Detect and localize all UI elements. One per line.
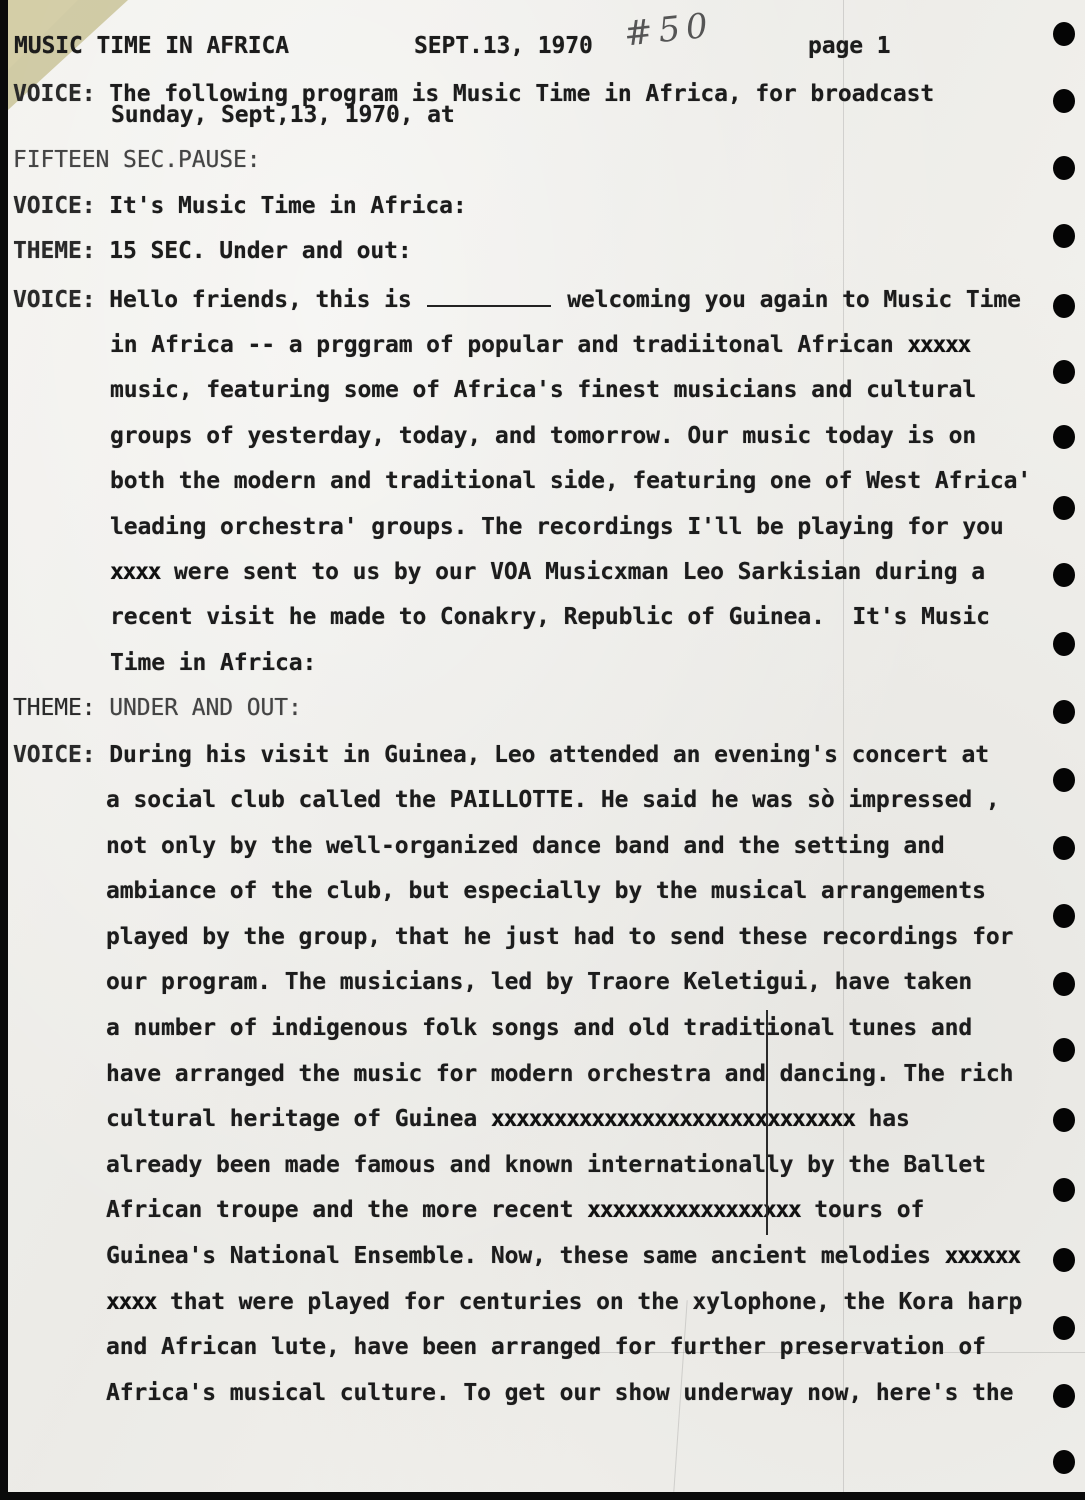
script-line: ambiance of the club, but especially by … — [106, 879, 986, 903]
script-line: a number of indigenous folk songs and ol… — [106, 1016, 972, 1040]
handwritten-note: #50 — [622, 5, 715, 54]
script-line: xxxx were sent to us by our VOA Musicxma… — [110, 560, 985, 584]
script-line: Africa's musical culture. To get our sho… — [106, 1381, 1013, 1405]
struck-out-text: xxxxxxxxxxxxxxxxxxxxxxxxxxxxx — [491, 1106, 855, 1132]
script-line: and African lute, have been arranged for… — [106, 1335, 986, 1359]
punch-hole — [1053, 496, 1075, 520]
cue-label: THEME: — [13, 238, 95, 264]
script-line: VOICE: Hello friends, this is welcoming … — [13, 288, 1021, 312]
script-line: our program. The musicians, led by Traor… — [106, 970, 972, 994]
pencil-mark — [766, 1010, 768, 1235]
punch-hole — [1053, 1038, 1075, 1062]
cue-text: Hello friends, this is — [109, 287, 411, 313]
punch-hole — [1053, 360, 1075, 384]
struck-out-text: xxxxx — [907, 332, 970, 358]
punch-hole — [1053, 1178, 1075, 1202]
script-line: cultural heritage of Guinea xxxxxxxxxxxx… — [106, 1107, 910, 1131]
cue-label: THEME: — [13, 695, 95, 721]
punch-hole — [1053, 294, 1075, 318]
program-date: SEPT.13, 1970 — [414, 34, 593, 58]
punch-hole — [1053, 563, 1075, 587]
document-page: MUSIC TIME IN AFRICA SEPT.13, 1970 #50 p… — [8, 0, 1085, 1492]
script-line: xxxx that were played for centuries on t… — [106, 1290, 1022, 1314]
punch-hole — [1053, 89, 1075, 113]
punch-hole — [1053, 904, 1075, 928]
punch-hole — [1053, 700, 1075, 724]
cue-text: It's Music Time in Africa: — [109, 193, 466, 219]
punch-hole — [1053, 1450, 1075, 1474]
cue-text: During his visit in Guinea, Leo attended… — [109, 742, 989, 768]
script-line: a social club called the PAILLOTTE. He s… — [106, 788, 1000, 812]
punch-hole — [1053, 1108, 1075, 1132]
script-line: recent visit he made to Conakry, Republi… — [110, 605, 990, 629]
script-line: Time in Africa: — [110, 651, 316, 675]
script-line: Sunday, Sept,13, 1970, at — [111, 103, 455, 127]
struck-out-text: xxxxxxxxxxxxxxxxx — [587, 1197, 800, 1223]
page-number: page 1 — [808, 34, 890, 58]
script-line: have arranged the music for modern orche… — [106, 1062, 1013, 1086]
cue-label: VOICE: — [13, 193, 95, 219]
punch-hole — [1053, 156, 1075, 180]
script-line: VOICE: It's Music Time in Africa: — [13, 194, 467, 218]
struck-out-text: xxxx — [110, 559, 160, 585]
script-line: not only by the well-organized dance ban… — [106, 834, 945, 858]
script-line: in Africa -- a prggram of popular and tr… — [110, 333, 970, 357]
script-line: African troupe and the more recent xxxxx… — [106, 1198, 924, 1222]
script-line: THEME: UNDER AND OUT: — [13, 696, 302, 720]
punch-hole — [1053, 22, 1075, 46]
script-line: FIFTEEN SEC.PAUSE: — [13, 148, 260, 172]
script-line: groups of yesterday, today, and tomorrow… — [110, 424, 976, 448]
punch-hole — [1053, 632, 1075, 656]
cue-label: VOICE: — [13, 742, 95, 768]
script-line: already been made famous and known inter… — [106, 1153, 986, 1177]
script-line: played by the group, that he just had to… — [106, 925, 1013, 949]
cue-text: 15 SEC. Under and out: — [109, 238, 411, 264]
punch-hole — [1053, 1316, 1075, 1340]
script-line: leading orchestra' groups. The recording… — [110, 515, 1004, 539]
punch-hole — [1053, 1248, 1075, 1272]
cue-label: VOICE: — [13, 287, 95, 313]
cue-text: welcoming you again to Music Time — [567, 287, 1021, 313]
punch-hole — [1053, 1384, 1075, 1408]
struck-out-text: xxxx — [106, 1289, 156, 1315]
script-line: THEME: 15 SEC. Under and out: — [13, 239, 412, 263]
announcer-name-blank — [427, 291, 551, 307]
script-line: music, featuring some of Africa's finest… — [110, 378, 976, 402]
script-line: both the modern and traditional side, fe… — [110, 469, 1031, 493]
punch-hole — [1053, 224, 1075, 248]
program-title: MUSIC TIME IN AFRICA — [14, 34, 289, 58]
script-line: VOICE: During his visit in Guinea, Leo a… — [13, 743, 989, 767]
cue-label: VOICE: — [13, 81, 95, 107]
punch-hole — [1053, 425, 1075, 449]
punch-hole — [1053, 836, 1075, 860]
punch-hole — [1053, 972, 1075, 996]
struck-out-text: xxxxxx — [945, 1243, 1020, 1269]
cue-text: UNDER AND OUT: — [109, 695, 301, 721]
punch-hole — [1053, 768, 1075, 792]
script-line: Guinea's National Ensemble. Now, these s… — [106, 1244, 1020, 1268]
